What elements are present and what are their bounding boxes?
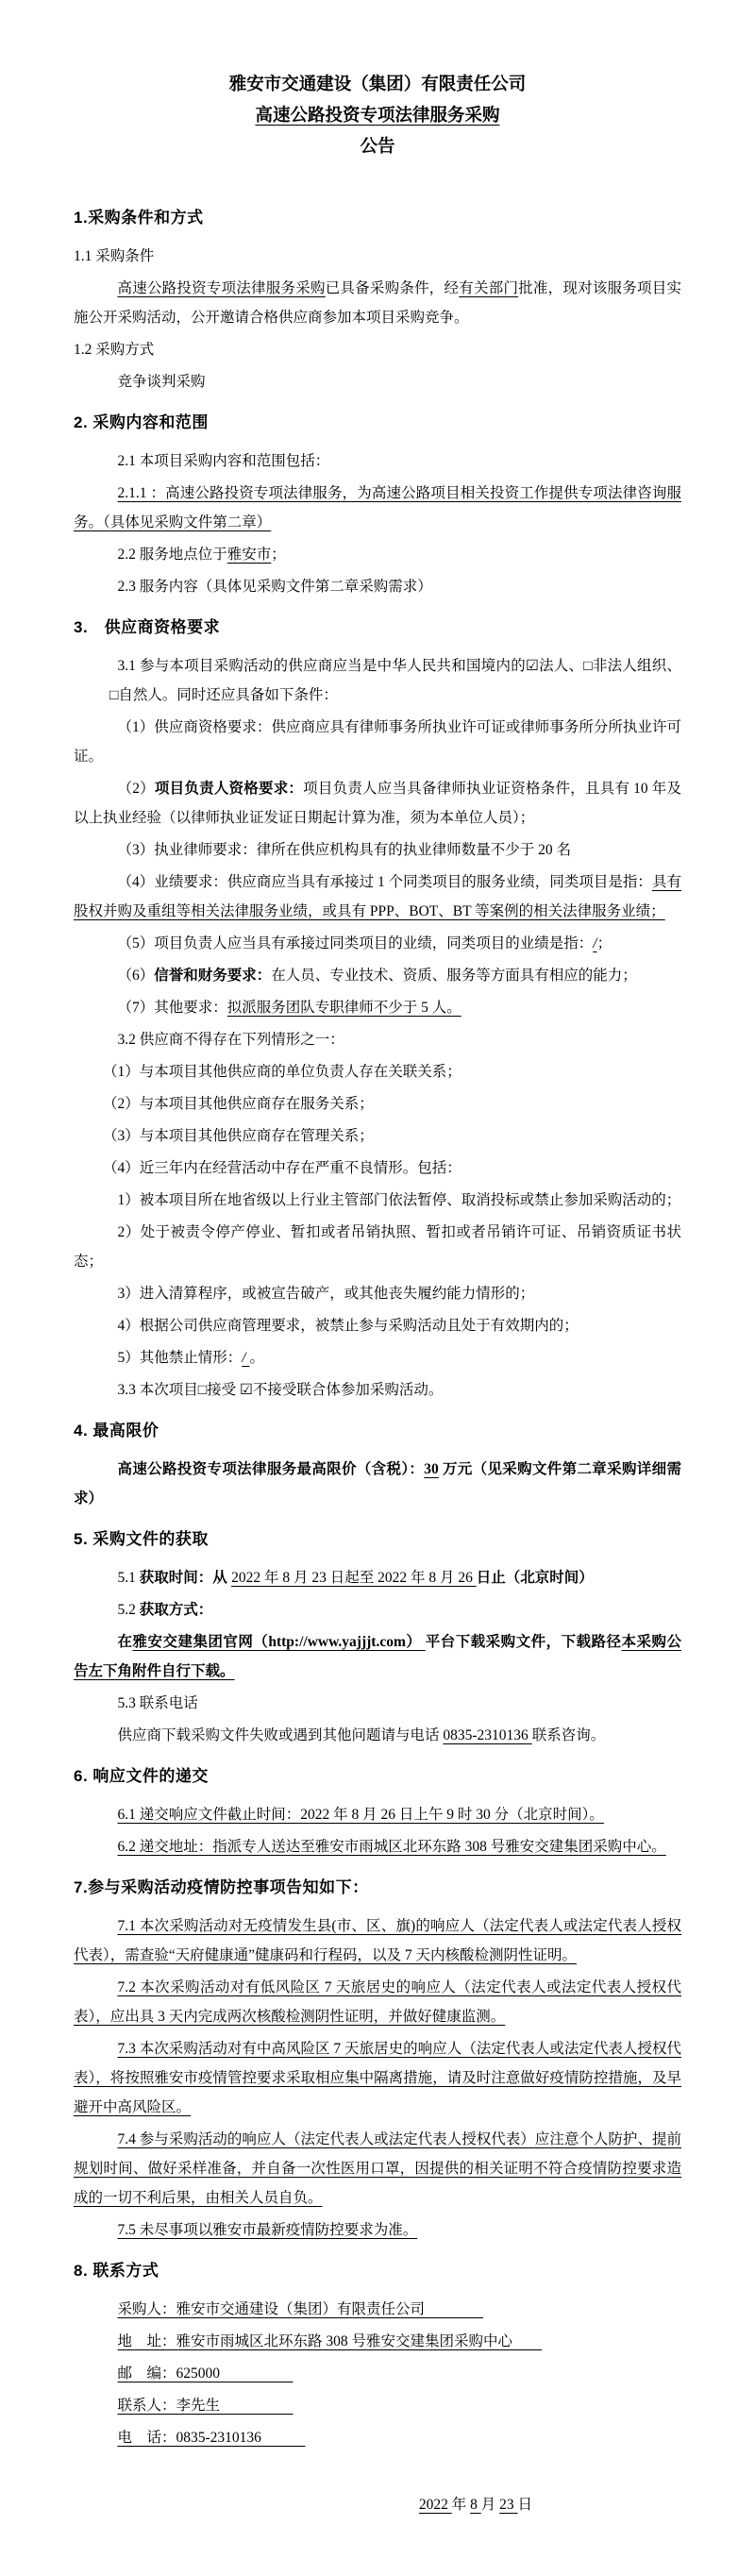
- text-segment: 拟派服务团队专职律师不少于 5 人。: [227, 1000, 461, 1016]
- text-segment: 2. 采购内容和范围: [74, 413, 209, 431]
- contact-phone: 电 话：0835-2310136: [74, 2423, 681, 2452]
- clause-1-1-body: 高速公路投资专项法律服务采购已具备采购条件，经有关部门批准，现对该服务项目实施公…: [74, 274, 681, 332]
- text-segment: 7.5 未尽事项以雅安市最新疫情防控要求为准。: [118, 2222, 418, 2238]
- clause-7-2: 7.2 本次采购活动对有低风险区 7 天旅居史的响应人（法定代表人或法定代表人授…: [74, 1973, 681, 2031]
- clause-2-3: 2.3 服务内容（具体见采购文件第二章采购需求）: [74, 572, 681, 601]
- text-segment: 0835-2310136: [443, 1727, 531, 1743]
- clause-7-1: 7.1 本次采购活动对无疫情发生县(市、区、旗)的响应人（法定代表人或法定代表人…: [74, 1911, 681, 1970]
- clause-3-2-item-4-4: 4）根据公司供应商管理要求，被禁止参与采购活动且处于有效期内的；: [74, 1311, 681, 1340]
- clause-3-2-item-3: （3）与本项目其他供应商存在管理关系；: [74, 1121, 681, 1151]
- text-segment: 邮 编：625000: [118, 2366, 294, 2382]
- clause-3-2-item-4-2: 2）处于被责令停产停业、暂扣或者吊销执照、暂扣或者吊销许可证、吊销资质证书状态；: [74, 1218, 681, 1276]
- doc-title-subject: 高速公路投资专项法律服务采购: [74, 99, 681, 130]
- text-segment: 4. 最高限价: [74, 1422, 159, 1440]
- section-3-heading: 3. 供应商资格要求: [74, 613, 681, 643]
- text-segment: 地 址：雅安市雨城区北环东路 308 号雅安交建集团采购中心: [118, 2333, 543, 2349]
- clause-1-1-heading: 1.1 采购条件: [74, 242, 681, 271]
- clause-3-1-item-6: （6）信誉和财务要求：在人员、专业技术、资质、服务等方面具有相应的能力；: [74, 961, 681, 990]
- clause-1-2-body: 竞争谈判采购: [74, 367, 681, 396]
- document-page: 雅安市交通建设（集团）有限责任公司高速公路投资专项法律服务采购公告1.采购条件和…: [0, 0, 755, 2576]
- clause-3-1-item-1: （1）供应商资格要求：供应商应具有律师事务所执业许可证或律师事务所分所执业许可证…: [74, 713, 681, 771]
- clause-3-1-item-4: （4）业绩要求：供应商应当具有承接过 1 个同类项目的服务业绩，同类项目是指：具…: [74, 867, 681, 926]
- text-segment: 雅安交建集团官网（http://www.yajjjt.com）: [133, 1634, 426, 1650]
- text-segment: 1）被本项目所在地省级以上行业主管部门依法暂停、取消投标或禁止参加采购活动的；: [118, 1192, 681, 1208]
- text-segment: 有关部门: [459, 280, 518, 296]
- text-segment: 联系咨询。: [532, 1727, 606, 1743]
- text-segment: 高速公路投资专项法律服务最高限价（含税）：: [118, 1461, 425, 1477]
- clause-3-2-item-1: （1）与本项目其他供应商的单位负责人存在关联关系；: [74, 1057, 681, 1086]
- text-segment: ；: [597, 935, 612, 951]
- text-segment: 6. 响应文件的递交: [74, 1767, 209, 1785]
- clause-3-2-item-4-5: 5）其他禁止情形：/ 。: [74, 1343, 681, 1372]
- clause-2-1: 2.1 本项目采购内容和范围包括：: [74, 446, 681, 476]
- text-segment: （2）: [118, 781, 155, 797]
- text-segment: 雅安市交通建设（集团）有限责任公司: [229, 74, 527, 93]
- text-segment: 7.参与采购活动疫情防控事项告知如下：: [74, 1878, 369, 1896]
- text-segment: 3.2 供应商不得存在下列情形之一：: [118, 1032, 344, 1048]
- clause-5-3-body: 供应商下载采购文件失败或遇到其他问题请与电话 0835-2310136 联系咨询…: [74, 1721, 681, 1750]
- clause-3-2-item-4: （4）近三年内在经营活动中存在严重不良情形。包括：: [74, 1153, 681, 1183]
- text-segment: ；: [271, 547, 286, 563]
- text-segment: 2.2 服务地点位于: [118, 547, 227, 563]
- text-segment: 2）处于被责令停产停业、暂扣或者吊销执照、暂扣或者吊销许可证、吊销资质证书状态；: [74, 1224, 681, 1270]
- text-segment: 高速公路投资专项法律服务采购: [255, 105, 499, 125]
- text-segment: 1.采购条件和方式: [74, 209, 204, 227]
- doc-title-company: 雅安市交通建设（集团）有限责任公司: [74, 68, 681, 99]
- text-segment: 6.1 递交响应文件截止时间：2022 年 8 月 26 日上午 9 时 30 …: [118, 1807, 604, 1823]
- clause-3-2-item-4-1: 1）被本项目所在地省级以上行业主管部门依法暂停、取消投标或禁止参加采购活动的；: [74, 1186, 681, 1215]
- text-segment: 年: [452, 2497, 470, 2513]
- text-segment: 7.2 本次采购活动对有低风险区 7 天旅居史的响应人（法定代表人或法定代表人授…: [74, 1979, 681, 2025]
- section-4-heading: 4. 最高限价: [74, 1416, 681, 1446]
- text-segment: 8: [470, 2497, 481, 2513]
- text-segment: （3）执业律师要求：律所在供应机构具有的执业律师数量不少于 20 名: [118, 842, 572, 858]
- text-segment: 5.2: [118, 1602, 140, 1618]
- text-segment: 1.2 采购方式: [74, 342, 154, 358]
- clause-3-3: 3.3 本次项目□接受 ☑不接受联合体参加采购活动。: [74, 1375, 681, 1405]
- clause-2-2: 2.2 服务地点位于雅安市；: [74, 540, 681, 569]
- text-segment: 已具备采购条件，经: [326, 280, 460, 296]
- text-segment: 平台下载采购文件，下载路径: [426, 1634, 622, 1650]
- clause-3-2-item-4-3: 3）进入清算程序，或被宣告破产，或其他丧失履约能力情形的；: [74, 1279, 681, 1308]
- clause-5-2: 5.2 获取方式：: [74, 1595, 681, 1625]
- text-segment: 获取时间：从: [140, 1570, 231, 1586]
- clause-1-2-heading: 1.2 采购方式: [74, 335, 681, 364]
- clause-3-1-item-2: （2）项目负责人资格要求：项目负责人应当具备律师执业证资格条件，且具有 10 年…: [74, 774, 681, 833]
- text-segment: 日止（北京时间）: [477, 1570, 594, 1586]
- text-segment: 6.2 递交地址：指派专人送达至雅安市雨城区北环东路 308 号雅安交建集团采购…: [118, 1839, 666, 1855]
- text-segment: 3.3 本次项目□接受 ☑不接受联合体参加采购活动。: [118, 1382, 444, 1398]
- text-segment: 5）其他禁止情形：: [118, 1350, 243, 1366]
- text-segment: 3. 供应商资格要求: [74, 618, 220, 636]
- text-segment: （1）与本项目其他供应商的单位负责人存在关联关系；: [103, 1064, 461, 1080]
- contact-postcode: 邮 编：625000: [74, 2359, 681, 2388]
- text-segment: 在: [118, 1634, 133, 1650]
- clause-5-3: 5.3 联系电话: [74, 1689, 681, 1718]
- clause-4-body: 高速公路投资专项法律服务最高限价（含税）：30 万元（见采购文件第二章采购详细需…: [74, 1455, 681, 1513]
- contact-purchaser: 采购人：雅安市交通建设（集团）有限责任公司: [74, 2295, 681, 2324]
- section-1-heading: 1.采购条件和方式: [74, 203, 681, 233]
- clause-3-1-item-5: （5）项目负责人应当具有承接过同类项目的业绩，同类项目的业绩是指：/；: [74, 929, 681, 958]
- text-segment: 。: [249, 1350, 264, 1366]
- text-segment: 信誉和财务要求：: [154, 968, 271, 984]
- doc-title-announcement: 公告: [74, 130, 681, 161]
- text-segment: 7.1 本次采购活动对无疫情发生县(市、区、旗)的响应人（法定代表人或法定代表人…: [74, 1918, 681, 1963]
- text-segment: 高速公路投资专项法律服务采购: [118, 280, 326, 296]
- clause-3-1-item-3: （3）执业律师要求：律所在供应机构具有的执业律师数量不少于 20 名: [74, 835, 681, 865]
- text-segment: （5）项目负责人应当具有承接过同类项目的业绩，同类项目的业绩是指：: [118, 935, 594, 951]
- text-segment: 5.1: [118, 1570, 140, 1586]
- section-5-heading: 5. 采购文件的获取: [74, 1524, 681, 1555]
- text-segment: 3）进入清算程序，或被宣告破产，或其他丧失履约能力情形的；: [118, 1286, 535, 1302]
- text-segment: 5. 采购文件的获取: [74, 1530, 209, 1548]
- section-7-heading: 7.参与采购活动疫情防控事项告知如下：: [74, 1873, 681, 1903]
- announcement-date: 2022 年 8 月 23 日: [74, 2490, 681, 2519]
- clause-6-2: 6.2 递交地址：指派专人送达至雅安市雨城区北环东路 308 号雅安交建集团采购…: [74, 1832, 681, 1861]
- clause-5-1: 5.1 获取时间：从 2022 年 8 月 23 日起至 2022 年 8 月 …: [74, 1563, 681, 1592]
- clause-7-3: 7.3 本次采购活动对有中高风险区 7 天旅居史的响应人（法定代表人或法定代表人…: [74, 2034, 681, 2122]
- text-segment: 8. 联系方式: [74, 2262, 159, 2280]
- text-segment: （1）供应商资格要求：供应商应具有律师事务所执业许可证或律师事务所分所执业许可证…: [74, 719, 681, 765]
- text-segment: 2022: [419, 2497, 452, 2513]
- text-segment: （4）业绩要求：供应商应当具有承接过 1 个同类项目的服务业绩，同类项目是指：: [118, 874, 652, 890]
- text-segment: 1.1 采购条件: [74, 248, 154, 264]
- text-segment: 供应商下载采购文件失败或遇到其他问题请与电话: [118, 1727, 444, 1743]
- text-segment: 2.1 本项目采购内容和范围包括：: [118, 453, 330, 469]
- text-segment: （4）近三年内在经营活动中存在严重不良情形。包括：: [103, 1160, 461, 1176]
- text-segment: 2.1.1 ：高速公路投资专项法律服务，为高速公路项目相关投资工作提供专项法律咨…: [74, 485, 681, 530]
- text-segment: （2）与本项目其他供应商存在服务关系；: [103, 1096, 374, 1112]
- text-segment: 2022 年 8 月 23 日起至 2022 年 8 月 26: [231, 1570, 477, 1586]
- clause-3-1-item-7: （7）其他要求：拟派服务团队专职律师不少于 5 人。: [74, 993, 681, 1022]
- text-segment: 23: [499, 2497, 517, 2513]
- clause-3-2: 3.2 供应商不得存在下列情形之一：: [74, 1025, 681, 1054]
- text-segment: 在人员、专业技术、资质、服务等方面具有相应的能力；: [271, 968, 637, 984]
- clause-7-4: 7.4 参与采购活动的响应人（法定代表人或法定代表人授权代表）应注意个人防护、提…: [74, 2125, 681, 2213]
- text-segment: （7）其他要求：: [118, 1000, 227, 1016]
- clause-2-1-1: 2.1.1 ：高速公路投资专项法律服务，为高速公路项目相关投资工作提供专项法律咨…: [74, 479, 681, 537]
- text-segment: 3.1 参与本项目采购活动的供应商应当是中华人民共和国境内的☑法人、□非法人组织…: [109, 658, 681, 703]
- contact-address: 地 址：雅安市雨城区北环东路 308 号雅安交建集团采购中心: [74, 2327, 681, 2356]
- text-segment: 30: [424, 1461, 439, 1477]
- text-segment: 获取方式：: [140, 1602, 213, 1618]
- section-6-heading: 6. 响应文件的递交: [74, 1761, 681, 1792]
- clause-3-2-item-2: （2）与本项目其他供应商存在服务关系；: [74, 1089, 681, 1119]
- text-segment: 项目负责人资格要求：: [155, 781, 303, 797]
- clause-7-5: 7.5 未尽事项以雅安市最新疫情防控要求为准。: [74, 2215, 681, 2245]
- clause-3-1: 3.1 参与本项目采购活动的供应商应当是中华人民共和国境内的☑法人、□非法人组织…: [74, 651, 681, 710]
- text-segment: 雅安市: [227, 547, 272, 563]
- text-segment: （6）: [118, 968, 155, 984]
- section-2-heading: 2. 采购内容和范围: [74, 408, 681, 438]
- contact-person: 联系人：李先生: [74, 2391, 681, 2420]
- text-segment: 竞争谈判采购: [118, 374, 206, 390]
- text-segment: 电 话：0835-2310136: [118, 2430, 306, 2446]
- text-segment: 日: [517, 2497, 532, 2513]
- text-segment: 7.3 本次采购活动对有中高风险区 7 天旅居史的响应人（法定代表人或法定代表人…: [74, 2041, 681, 2115]
- clause-6-1: 6.1 递交响应文件截止时间：2022 年 8 月 26 日上午 9 时 30 …: [74, 1800, 681, 1829]
- text-segment: 采购人：雅安市交通建设（集团）有限责任公司: [118, 2301, 484, 2317]
- text-segment: 公告: [360, 136, 394, 156]
- text-segment: 2.3 服务内容（具体见采购文件第二章采购需求）: [118, 579, 432, 595]
- clause-5-2-body: 在雅安交建集团官网（http://www.yajjjt.com） 平台下载采购文…: [74, 1627, 681, 1686]
- text-segment: 5.3 联系电话: [118, 1695, 198, 1711]
- text-segment: 4）根据公司供应商管理要求，被禁止参与采购活动且处于有效期内的；: [118, 1318, 579, 1334]
- text-segment: 7.4 参与采购活动的响应人（法定代表人或法定代表人授权代表）应注意个人防护、提…: [74, 2131, 681, 2206]
- section-8-heading: 8. 联系方式: [74, 2256, 681, 2286]
- text-segment: 月: [481, 2497, 499, 2513]
- text-segment: （3）与本项目其他供应商存在管理关系；: [103, 1128, 374, 1144]
- text-segment: 联系人：李先生: [118, 2398, 294, 2414]
